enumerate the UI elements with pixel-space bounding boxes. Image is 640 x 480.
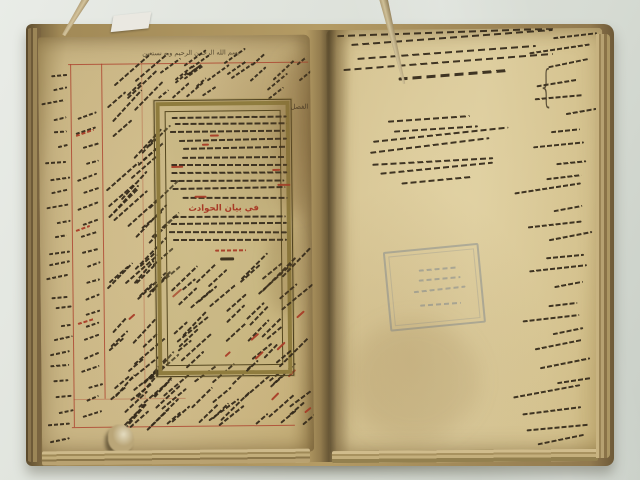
gutter-shadow bbox=[306, 30, 350, 462]
script-line bbox=[296, 310, 305, 318]
script-line bbox=[48, 422, 70, 426]
library-stamp bbox=[383, 243, 486, 332]
script-line bbox=[388, 115, 470, 123]
page-corner-tear bbox=[108, 424, 134, 452]
script-line bbox=[51, 188, 68, 194]
left-page: بسم الله الرحمن الرحيم وبه نستعين في بيا… bbox=[38, 35, 314, 455]
frame-centered-red-line bbox=[168, 247, 287, 256]
script-line bbox=[173, 215, 286, 218]
script-line bbox=[202, 86, 216, 96]
script-line bbox=[527, 423, 590, 431]
script-line bbox=[45, 161, 66, 164]
script-line bbox=[58, 144, 68, 148]
script-line bbox=[50, 437, 70, 443]
page-stack-edge-right bbox=[332, 449, 598, 463]
script-line bbox=[419, 276, 461, 282]
script-line bbox=[202, 144, 209, 146]
margin-notes-column bbox=[44, 71, 74, 453]
script-line bbox=[552, 327, 583, 335]
script-line bbox=[210, 135, 219, 137]
stamp-text-lines bbox=[399, 263, 479, 314]
script-line bbox=[546, 254, 584, 260]
script-line bbox=[112, 120, 132, 138]
script-line bbox=[529, 44, 590, 55]
script-line bbox=[173, 239, 287, 242]
script-line bbox=[49, 250, 70, 255]
script-line bbox=[53, 86, 67, 91]
script-line bbox=[50, 176, 70, 181]
script-line bbox=[55, 234, 67, 238]
script-line bbox=[278, 184, 291, 186]
script-line bbox=[549, 58, 591, 69]
script-line bbox=[553, 32, 597, 39]
script-line bbox=[555, 281, 583, 289]
script-line bbox=[53, 380, 68, 383]
script-line bbox=[513, 384, 580, 399]
script-line bbox=[61, 324, 72, 327]
script-line bbox=[254, 352, 263, 361]
script-line bbox=[195, 196, 207, 198]
script-line bbox=[528, 221, 581, 229]
frame-text-panel: في بيان الحوادث bbox=[165, 110, 284, 366]
script-line bbox=[54, 116, 67, 121]
frame-lower-text-lines bbox=[168, 213, 288, 246]
script-line bbox=[50, 364, 69, 367]
script-line bbox=[54, 131, 67, 134]
script-line bbox=[413, 286, 465, 294]
script-line bbox=[418, 266, 458, 271]
script-line bbox=[249, 66, 266, 81]
script-line bbox=[169, 231, 287, 234]
page-stain bbox=[349, 319, 480, 440]
script-line bbox=[554, 205, 583, 212]
script-line bbox=[250, 334, 259, 342]
script-line bbox=[76, 225, 91, 232]
library-stamp-inner-border bbox=[388, 248, 480, 326]
script-line bbox=[77, 111, 96, 120]
script-line bbox=[402, 176, 473, 185]
script-line bbox=[58, 410, 73, 415]
manuscript-book: بسم الله الرحمن الرحيم وبه نستعين في بيا… bbox=[26, 24, 614, 466]
script-line bbox=[128, 313, 135, 319]
script-line bbox=[78, 318, 94, 325]
illuminated-gold-frame: في بيان الحوادث bbox=[153, 99, 294, 377]
script-line bbox=[54, 336, 73, 342]
script-line bbox=[523, 314, 580, 323]
diagonal-gloss-above-frame bbox=[148, 61, 300, 101]
script-line bbox=[220, 258, 234, 260]
script-line bbox=[46, 273, 68, 280]
script-line bbox=[171, 166, 183, 169]
frame-diagonal-red-bits bbox=[173, 269, 282, 368]
script-line bbox=[224, 351, 231, 357]
script-line bbox=[551, 128, 580, 133]
script-line bbox=[196, 78, 207, 88]
script-line bbox=[565, 108, 596, 115]
script-line bbox=[158, 89, 170, 99]
script-line bbox=[55, 306, 71, 310]
script-line bbox=[52, 74, 68, 77]
page-stack-edge-left bbox=[42, 449, 310, 466]
script-line bbox=[215, 249, 246, 252]
gloss-column-red-notes bbox=[75, 133, 102, 413]
script-line bbox=[56, 220, 70, 225]
script-line bbox=[514, 182, 581, 194]
photograph-of-manuscript: بسم الله الرحمن الرحيم وبه نستعين في بيا… bbox=[0, 0, 640, 480]
script-line bbox=[548, 302, 577, 308]
script-line bbox=[535, 339, 582, 350]
script-line bbox=[272, 169, 280, 171]
handwritten-center-block bbox=[359, 119, 512, 192]
script-line bbox=[271, 392, 280, 401]
script-line bbox=[47, 203, 69, 209]
fore-edge-right bbox=[596, 34, 610, 458]
script-line bbox=[107, 92, 126, 109]
script-line bbox=[548, 231, 592, 241]
script-line bbox=[556, 160, 586, 165]
script-line bbox=[546, 174, 581, 180]
script-line bbox=[533, 142, 584, 149]
script-line bbox=[522, 406, 581, 416]
right-page: { bbox=[326, 28, 606, 454]
script-line bbox=[50, 350, 70, 356]
grouping-brace: { bbox=[538, 61, 554, 112]
script-line bbox=[171, 222, 287, 226]
script-line bbox=[42, 99, 66, 105]
script-line bbox=[49, 260, 70, 266]
frame-red-keywords bbox=[169, 117, 284, 200]
script-line bbox=[529, 264, 587, 272]
script-line bbox=[557, 377, 590, 384]
gold-band: في بيان الحوادث bbox=[156, 101, 293, 375]
script-line bbox=[539, 357, 589, 369]
script-line bbox=[538, 434, 584, 446]
script-line bbox=[420, 301, 461, 306]
script-line bbox=[55, 395, 71, 398]
script-line bbox=[52, 296, 68, 299]
